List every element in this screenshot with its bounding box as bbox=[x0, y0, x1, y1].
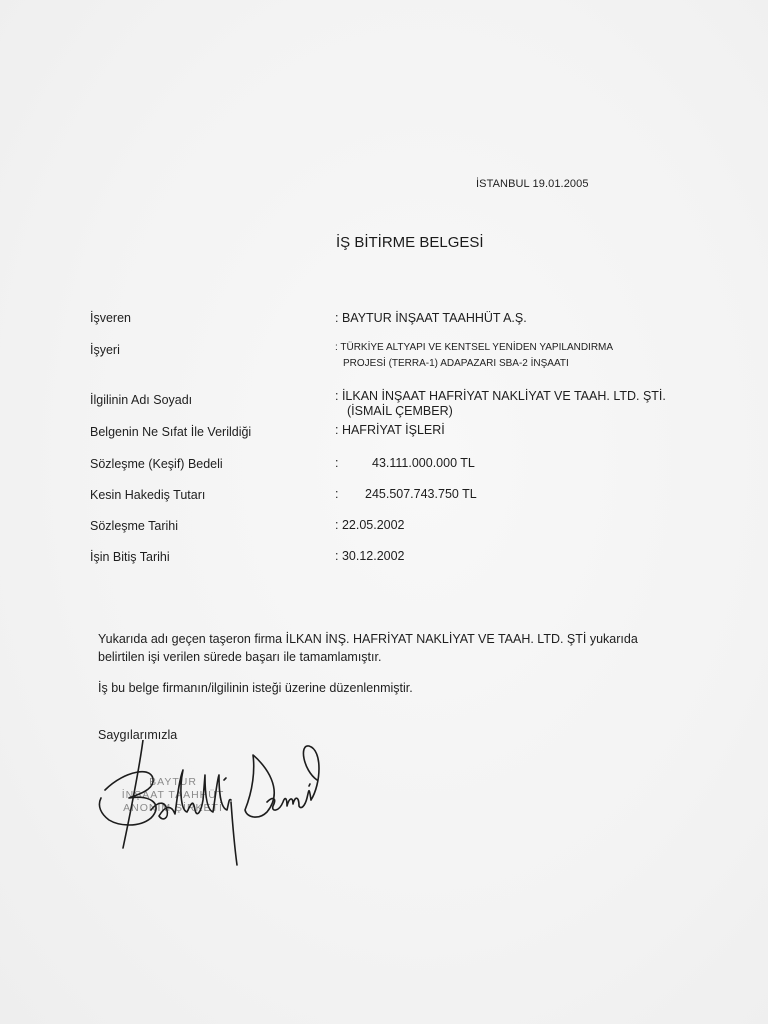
colon-sozlesme-bedeli: : bbox=[335, 456, 338, 470]
signature bbox=[95, 740, 335, 870]
value-isyeri-line2: PROJESİ (TERRA-1) ADAPAZARI SBA-2 İNŞAAT… bbox=[335, 356, 613, 372]
place-date: İSTANBUL 19.01.2005 bbox=[476, 178, 589, 190]
value-ilgili-line1: : İLKAN İNŞAAT HAFRİYAT NAKLİYAT VE TAAH… bbox=[335, 389, 666, 404]
label-isveren: İşveren bbox=[90, 311, 131, 325]
paragraph-completion: Yukarıda adı geçen taşeron firma İLKAN İ… bbox=[98, 630, 638, 666]
value-bitis-tarihi: : 30.12.2002 bbox=[335, 549, 405, 563]
paragraph-completion-line1: Yukarıda adı geçen taşeron firma İLKAN İ… bbox=[98, 630, 638, 648]
value-sozlesme-tarihi: : 22.05.2002 bbox=[335, 518, 405, 532]
value-isveren: : BAYTUR İNŞAAT TAAHHÜT A.Ş. bbox=[335, 311, 527, 325]
label-sozlesme-tarihi: Sözleşme Tarihi bbox=[90, 519, 178, 533]
value-kesin-hakedis: 245.507.743.750 TL bbox=[365, 487, 477, 501]
value-ilgili: : İLKAN İNŞAAT HAFRİYAT NAKLİYAT VE TAAH… bbox=[335, 389, 666, 419]
value-ilgili-line2: (İSMAİL ÇEMBER) bbox=[335, 404, 666, 419]
value-sozlesme-bedeli: 43.111.000.000 TL bbox=[372, 456, 475, 470]
colon-kesin-hakedis: : bbox=[335, 487, 338, 501]
paragraph-completion-line2: belirtilen işi verilen sürede başarı ile… bbox=[98, 648, 638, 666]
value-isyeri: : TÜRKİYE ALTYAPI VE KENTSEL YENİDEN YAP… bbox=[335, 340, 613, 372]
label-bitis-tarihi: İşin Bitiş Tarihi bbox=[90, 550, 170, 564]
paragraph-request: İş bu belge firmanın/ilgilinin isteği üz… bbox=[98, 679, 413, 697]
document-title: İŞ BİTİRME BELGESİ bbox=[336, 234, 484, 251]
label-isyeri: İşyeri bbox=[90, 343, 120, 357]
label-kesin-hakedis: Kesin Hakediş Tutarı bbox=[90, 488, 205, 502]
value-sifat: : HAFRİYAT İŞLERİ bbox=[335, 423, 445, 437]
label-ilgili: İlgilinin Adı Soyadı bbox=[90, 393, 192, 407]
label-sifat: Belgenin Ne Sıfat İle Verildiği bbox=[90, 425, 251, 439]
document-page: İSTANBUL 19.01.2005 İŞ BİTİRME BELGESİ İ… bbox=[0, 0, 768, 1024]
value-isyeri-line1: : TÜRKİYE ALTYAPI VE KENTSEL YENİDEN YAP… bbox=[335, 340, 613, 356]
label-sozlesme-bedeli: Sözleşme (Keşif) Bedeli bbox=[90, 457, 223, 471]
